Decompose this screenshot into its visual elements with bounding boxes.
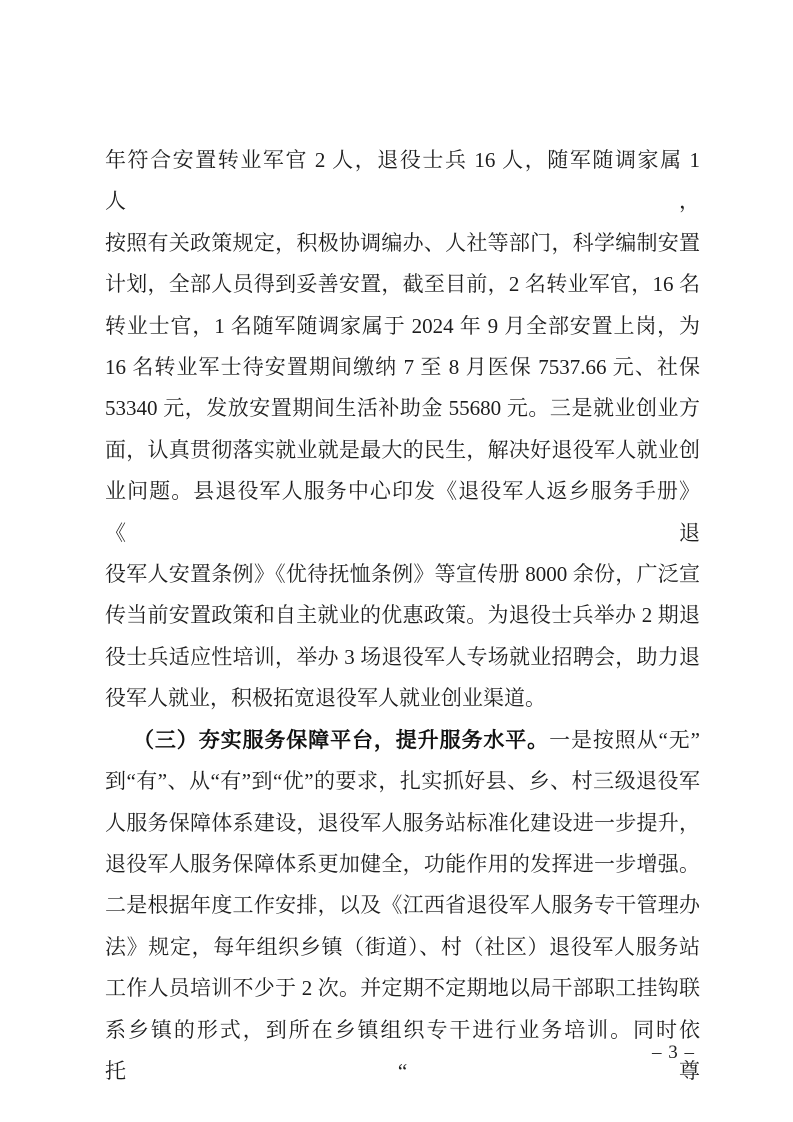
document-body: 年符合安置转业军官 2 人，退役士兵 16 人，随军随调家属 1 人，按照有关政… <box>105 140 700 1092</box>
text-line: 役军人安置条例》《优待抚恤条例》等宣传册 8000 余份，广泛宣 <box>105 554 700 595</box>
text-segment: 计划，全部人员得到妥善安置，截至目前，2 名转业军官，16 名 <box>105 272 700 296</box>
text-segment: 人服务保障体系建设，退役军人服务站标准化建设进一步提升， <box>105 811 700 835</box>
text-segment: 二是根据年度工作安排，以及《江西省退役军人服务专干管理办 <box>105 893 700 917</box>
text-line: 役军人就业，积极拓宽退役军人就业创业渠道。 <box>105 678 700 719</box>
text-segment: 系乡镇的形式，到所在乡镇组织专干进行业务培训。同时依托“尊 <box>105 1018 700 1083</box>
text-segment: 法》规定，每年组织乡镇（街道）、村（社区）退役军人服务站 <box>105 935 700 959</box>
document-page: 年符合安置转业军官 2 人，退役士兵 16 人，随军随调家属 1 人，按照有关政… <box>0 0 793 1122</box>
text-line: 系乡镇的形式，到所在乡镇组织专干进行业务培训。同时依托“尊 <box>105 1010 700 1093</box>
text-segment: 53340 元，发放安置期间生活补助金 55680 元。三是就业创业方 <box>105 396 700 420</box>
text-segment: 一是按照从“无” <box>549 728 700 752</box>
text-line: 年符合安置转业军官 2 人，退役士兵 16 人，随军随调家属 1 人， <box>105 140 700 223</box>
text-segment: 役士兵适应性培训，举办 3 场退役军人专场就业招聘会，助力退 <box>105 645 700 669</box>
page-number: – 3 – <box>652 1041 695 1065</box>
text-segment: 16 名转业军士待安置期间缴纳 7 至 8 月医保 7537.66 元、社保 <box>105 355 700 379</box>
text-line: 人服务保障体系建设，退役军人服务站标准化建设进一步提升， <box>105 803 700 844</box>
text-line: 役士兵适应性培训，举办 3 场退役军人专场就业招聘会，助力退 <box>105 637 700 678</box>
text-segment: 役军人安置条例》《优待抚恤条例》等宣传册 8000 余份，广泛宣 <box>105 562 700 586</box>
text-segment: 工作人员培训不少于 2 次。并定期不定期地以局干部职工挂钩联 <box>105 976 700 1000</box>
text-segment: 年符合安置转业军官 2 人，退役士兵 16 人，随军随调家属 1 人， <box>105 148 700 213</box>
text-line: 按照有关政策规定，积极协调编办、人社等部门，科学编制安置 <box>105 223 700 264</box>
text-segment: 传当前安置政策和自主就业的优惠政策。为退役士兵举办 2 期退 <box>105 603 700 627</box>
text-line: 16 名转业军士待安置期间缴纳 7 至 8 月医保 7537.66 元、社保 <box>105 347 700 388</box>
text-line: 传当前安置政策和自主就业的优惠政策。为退役士兵举办 2 期退 <box>105 595 700 636</box>
text-line: 业问题。县退役军人服务中心印发《退役军人返乡服务手册》《退 <box>105 471 700 554</box>
text-line: 转业士官，1 名随军随调家属于 2024 年 9 月全部安置上岗，为 <box>105 306 700 347</box>
text-line: 面，认真贯彻落实就业就是最大的民生，解决好退役军人就业创 <box>105 430 700 471</box>
text-line: 计划，全部人员得到妥善安置，截至目前，2 名转业军官，16 名 <box>105 264 700 305</box>
text-segment: 面，认真贯彻落实就业就是最大的民生，解决好退役军人就业创 <box>105 438 700 462</box>
text-line: 二是根据年度工作安排，以及《江西省退役军人服务专干管理办 <box>105 885 700 926</box>
text-line: 法》规定，每年组织乡镇（街道）、村（社区）退役军人服务站 <box>105 927 700 968</box>
text-line: 53340 元，发放安置期间生活补助金 55680 元。三是就业创业方 <box>105 388 700 429</box>
text-segment: 按照有关政策规定，积极协调编办、人社等部门，科学编制安置 <box>105 231 700 255</box>
section-heading-segment: （三）夯实服务保障平台，提升服务水平。 <box>133 728 549 752</box>
text-segment: 到“有”、从“有”到“优”的要求，扎实抓好县、乡、村三级退役军 <box>105 769 700 793</box>
text-line: 退役军人服务保障体系更加健全，功能作用的发挥进一步增强。 <box>105 844 700 885</box>
text-line: 到“有”、从“有”到“优”的要求，扎实抓好县、乡、村三级退役军 <box>105 761 700 802</box>
text-segment: 转业士官，1 名随军随调家属于 2024 年 9 月全部安置上岗，为 <box>105 314 700 338</box>
text-segment: 役军人就业，积极拓宽退役军人就业创业渠道。 <box>105 686 546 710</box>
text-segment: 业问题。县退役军人服务中心印发《退役军人返乡服务手册》《退 <box>105 479 700 544</box>
text-segment: 退役军人服务保障体系更加健全，功能作用的发挥进一步增强。 <box>105 852 700 876</box>
text-line: （三）夯实服务保障平台，提升服务水平。一是按照从“无” <box>105 720 700 761</box>
text-line: 工作人员培训不少于 2 次。并定期不定期地以局干部职工挂钩联 <box>105 968 700 1009</box>
